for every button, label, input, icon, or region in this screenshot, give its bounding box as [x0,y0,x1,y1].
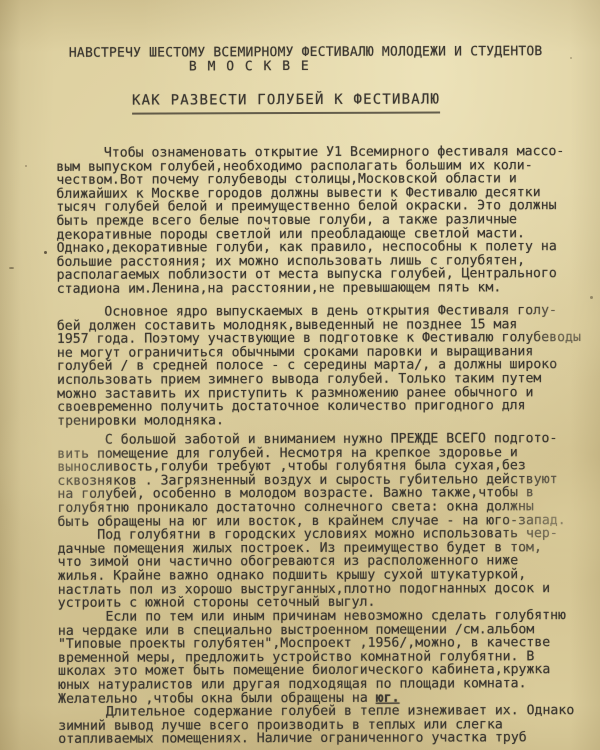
typewritten-text-layer: НАВСТРЕЧУ ШЕСТОМУ ВСЕМИРНОМУ ФЕСТИВАЛЮ М… [0,0,600,750]
paragraph-room-loft: Если по тем или иным причинам невозможно… [58,609,598,747]
scanned-typewritten-page: НАВСТРЕЧУ ШЕСТОМУ ВСЕМИРНОМУ ФЕСТИВАЛЮ М… [0,0,600,750]
ink-speck [570,57,572,59]
ink-speck [44,251,47,254]
paragraph-opening: Чтобы ознаменовать открытие У1 Всемирног… [56,145,597,296]
ink-speck [9,267,14,269]
paragraph-room-loft-text: Если по тем или иным причинам невозможно… [58,608,566,706]
ink-speck [330,737,332,739]
paper-specks [0,0,1,1]
ink-speck [25,165,27,167]
ink-speck [590,296,593,299]
page-title: КАК РАЗВЕСТИ ГОЛУБЕЙ К ФЕСТИВАЛЮ [132,93,440,115]
paragraph-breeding-schedule: Основное ядро выпускаемых в день открыти… [57,304,597,428]
kicker-line-2: В М О С К В Е [189,60,310,74]
paragraph-housing: С большой заботой и вниманием нужно ПРЕЖ… [57,432,598,611]
